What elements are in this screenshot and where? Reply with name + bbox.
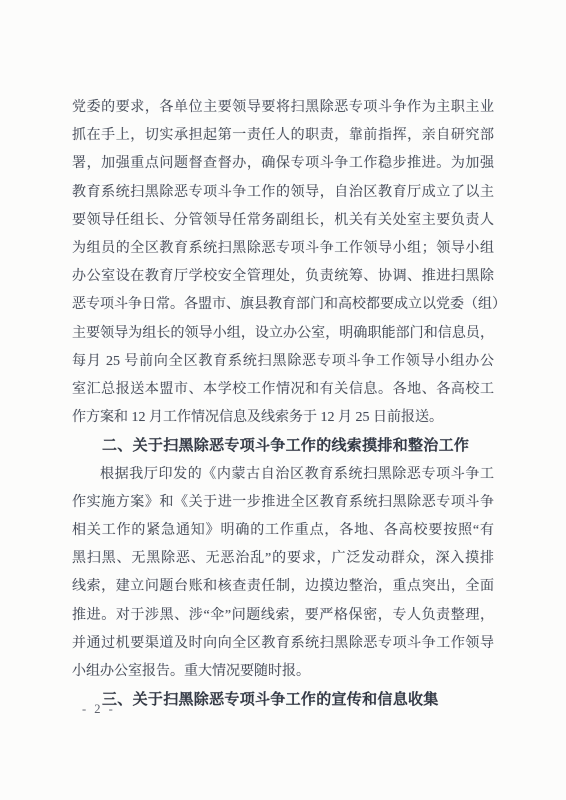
text-line: 恶专项斗争日常。各盟市、旗县教育部门和高校都要成立以党委（组） [72, 291, 506, 319]
paragraph-1: 党委的要求，各单位主要领导要将扫黑除恶专项斗争作为主职主业 抓在手上，切实承担起… [72, 94, 494, 432]
document-text-block: 党委的要求，各单位主要领导要将扫黑除恶专项斗争作为主职主业 抓在手上，切实承担起… [72, 94, 494, 714]
document-page: 党委的要求，各单位主要领导要将扫黑除恶专项斗争作为主职主业 抓在手上，切实承担起… [0, 0, 566, 800]
text-line: 署，加强重点问题督查督办，确保专项斗争工作稳步推进。为加强 [72, 150, 494, 178]
text-line: 主要领导为组长的领导小组，设立办公室，明确职能部门和信息员， [72, 320, 494, 348]
section-heading-2: 二、关于扫黑除恶专项斗争工作的线索摸排和整治工作 [72, 432, 494, 460]
page-number: - 2 - [82, 701, 115, 717]
text-line: 并通过机要渠道及时向向全区教育系统扫黑除恶专项斗争工作领导 [72, 630, 494, 658]
text-line: 作方案和 12 月工作情况信息及线索务于 12 月 25 日前报送。 [72, 404, 494, 432]
text-line: 线索，建立问题台账和核查责任制，边摸边整治，重点突出，全面 [72, 573, 494, 601]
paragraph-2: 根据我厅印发的《内蒙古自治区教育系统扫黑除恶专项斗争工 作实施方案》和《关于进一… [72, 461, 494, 687]
text-line: 办公室设在教育厅学校安全管理处，负责统筹、协调、推进扫黑除 [72, 263, 494, 291]
text-line: 为组员的全区教育系统扫黑除恶专项斗争工作领导小组；领导小组 [72, 235, 494, 263]
text-line: 相关工作的紧急通知》明确的工作重点，各地、各高校要按照“有 [72, 517, 494, 545]
text-line: 推进。对于涉黑、涉“伞”问题线索，要严格保密，专人负责整理， [72, 602, 494, 630]
text-line: 根据我厅印发的《内蒙古自治区教育系统扫黑除恶专项斗争工 [72, 461, 494, 489]
text-line: 室汇总报送本盟市、本学校工作情况和有关信息。各地、各高校工 [72, 376, 494, 404]
text-line: 小组办公室报告。重大情况要随时报。 [72, 658, 494, 686]
text-line: 作实施方案》和《关于进一步推进全区教育系统扫黑除恶专项斗争 [72, 489, 494, 517]
text-line: 教育系统扫黑除恶专项斗争工作的领导，自治区教育厅成立了以主 [72, 179, 494, 207]
text-line: 要领导任组长、分管领导任常务副组长，机关有关处室主要负责人 [72, 207, 494, 235]
text-line: 每月 25 号前向全区教育系统扫黑除恶专项斗争工作领导小组办公 [72, 348, 494, 376]
text-line: 黑扫黑、无黑除恶、无恶治乱”的要求，广泛发动群众，深入摸排 [72, 545, 494, 573]
text-line: 党委的要求，各单位主要领导要将扫黑除恶专项斗争作为主职主业 [72, 94, 494, 122]
text-line: 抓在手上，切实承担起第一责任人的职责，靠前指挥，亲自研究部 [72, 122, 494, 150]
section-heading-3: 三、关于扫黑除恶专项斗争工作的宣传和信息收集 [72, 686, 494, 714]
